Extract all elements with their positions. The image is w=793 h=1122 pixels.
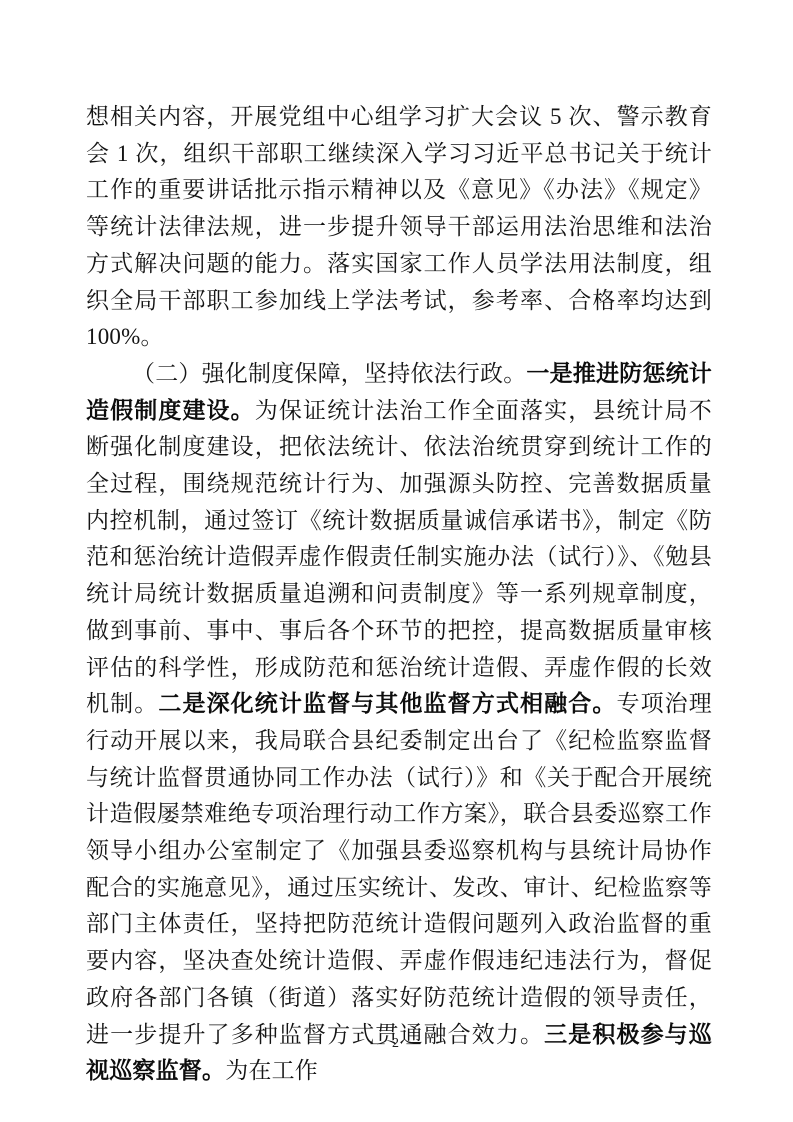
- section-heading-run: （二）强化制度保障，坚持依法行政。: [132, 361, 526, 386]
- paragraph-continuation: 想相关内容，开展党组中心组学习扩大会议 5 次、警示教育会 1 次，组织干部职工…: [86, 99, 712, 356]
- bold-lead-run-second: 二是深化统计监督与其他监督方式相融合。: [158, 691, 616, 716]
- page-footer: — 2 —: [0, 1036, 793, 1052]
- paragraph-section-two: （二）强化制度保障，坚持依法行政。一是推进防惩统计造假制度建设。为保证统计法治工…: [86, 356, 712, 1090]
- page-number: — 2 —: [371, 1036, 423, 1051]
- text-run: 想相关内容，开展党组中心组学习扩大会议 5 次、警示教育会 1 次，组织干部职工…: [86, 104, 712, 349]
- text-run: 专项治理行动开展以来，我局联合县纪委制定出台了《纪检监察监督与统计监督贯通协同工…: [86, 691, 712, 1046]
- text-run: 为在工作: [225, 1058, 318, 1083]
- text-run: 为保证统计法治工作全面落实，县统计局不断强化制度建设，把依法统计、依法治统贯穿到…: [86, 398, 712, 717]
- document-body: 想相关内容，开展党组中心组学习扩大会议 5 次、警示教育会 1 次，组织干部职工…: [86, 99, 712, 1090]
- document-page: 想相关内容，开展党组中心组学习扩大会议 5 次、警示教育会 1 次，组织干部职工…: [0, 0, 793, 1122]
